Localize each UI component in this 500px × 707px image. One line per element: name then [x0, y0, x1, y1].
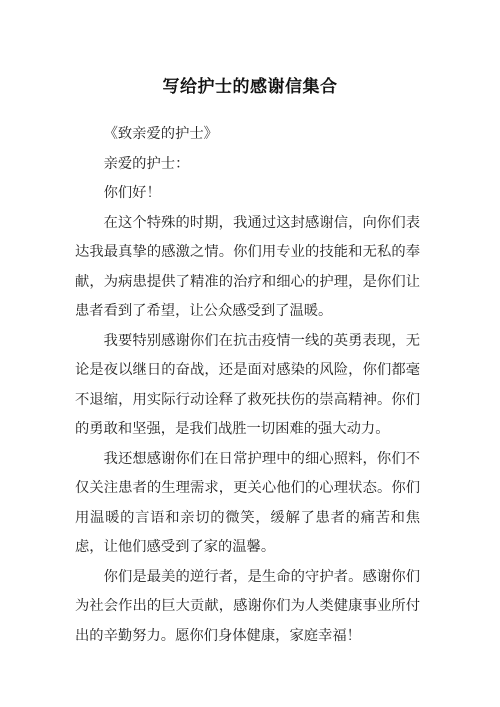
letter-salutation: 亲爱的护士： [75, 150, 420, 180]
document-title: 写给护士的感谢信集合 [0, 72, 500, 97]
letter-paragraph: 你们是最美的逆行者，是生命的守护者。感谢你们为社会作出的巨大贡献，感谢你们为人类… [75, 563, 420, 652]
letter-paragraph: 我要特别感谢你们在抗击疫情一线的英勇表现，无论是夜以继日的奋战，还是面对感染的风… [75, 327, 420, 445]
letter-body: 《致亲爱的护士》 亲爱的护士： 你们好！ 在这个特殊的时期，我通过这封感谢信，向… [75, 120, 420, 651]
letter-paragraph: 我还想感谢你们在日常护理中的细心照料，你们不仅关注患者的生理需求，更关心他们的心… [75, 445, 420, 563]
document-page: 写给护士的感谢信集合 《致亲爱的护士》 亲爱的护士： 你们好！ 在这个特殊的时期… [0, 0, 500, 707]
letter-greeting: 你们好！ [75, 179, 420, 209]
letter-paragraph: 在这个特殊的时期，我通过这封感谢信，向你们表达我最真挚的感激之情。你们用专业的技… [75, 209, 420, 327]
letter-subtitle: 《致亲爱的护士》 [75, 120, 420, 150]
